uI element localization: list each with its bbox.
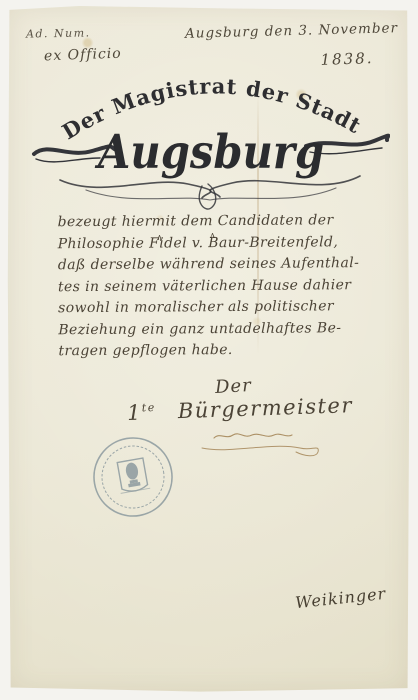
- countersignature: Weikinger: [294, 581, 415, 612]
- mayor-signature-underline: [202, 446, 318, 456]
- scanned-document-view: Ad. Num. ex Officio Augsburg den 3. Nove…: [0, 0, 418, 700]
- under-flourish-left: [60, 180, 211, 198]
- seal-pinecone: [125, 462, 141, 488]
- mayor-signature: [200, 424, 325, 462]
- closing-der: Der: [214, 375, 252, 398]
- mayor-signature-stroke: [214, 434, 292, 438]
- closing-title: 1teBürgermeister: [127, 393, 354, 425]
- body-line: tragen gepflogen habe.: [58, 339, 404, 363]
- body-line: Philosophie Fidel v. Baur-Breitenfeld,: [58, 231, 404, 255]
- left-swash-tail: [36, 158, 100, 162]
- insertion-caret: ʌ: [210, 231, 215, 241]
- closing-rank: 1: [127, 400, 143, 425]
- body-line: daß derselbe während seines Aufenthal-: [58, 253, 404, 277]
- body-paragraph: bezeugt hiermit dem Candidaten der Philo…: [57, 210, 404, 363]
- body-line: Beziehung ein ganz untadelhaftes Be-: [58, 317, 404, 341]
- body-line: bezeugt hiermit dem Candidaten der: [57, 210, 403, 234]
- closing-title-word: Bürgermeister: [177, 393, 353, 423]
- closing-rank-suffix: te: [142, 401, 156, 414]
- letterhead-city-name: Augsburg: [94, 125, 324, 180]
- city-seal-stamp: [84, 428, 181, 525]
- paper-sheet: Ad. Num. ex Officio Augsburg den 3. Nove…: [7, 5, 410, 693]
- closing-gap: [156, 418, 178, 419]
- dateline-place-date: Augsburg den 3. November: [185, 20, 400, 42]
- body-line: tes in seinem väterlichen Hause dahier: [58, 274, 404, 298]
- body-line: sowohl in moralischer als politischer: [58, 296, 404, 320]
- insertion-caret: ʌ: [157, 233, 162, 243]
- annotation-ad-num: Ad. Num.: [26, 26, 91, 40]
- letterhead-ornament: Der Magistrat der Stadt Augsburg: [30, 58, 390, 216]
